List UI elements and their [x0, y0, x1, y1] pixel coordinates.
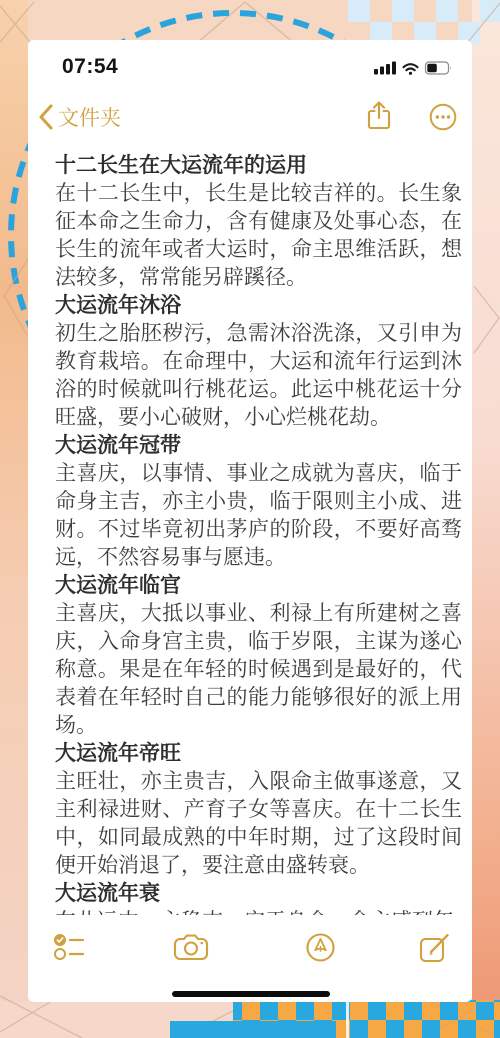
cellular-signal-icon	[374, 62, 396, 75]
battery-icon	[426, 62, 451, 74]
note-section: 大运流年冠带 主喜庆，以事情、事业之成就为喜庆，临于命身主吉，亦主小贵，临于限则…	[55, 432, 462, 572]
status-bar-time: 07:54	[62, 55, 118, 79]
more-options-button[interactable]	[428, 102, 458, 137]
section-heading: 十二长生在大运流年的运用	[55, 152, 462, 180]
section-heading: 大运流年临官	[55, 572, 462, 600]
note-section: 大运流年临官 主喜庆，大抵以事业、利禄上有所建树之喜庆，入命身宫主贵，临于岁限，…	[55, 572, 462, 740]
section-heading: 大运流年帝旺	[55, 740, 462, 768]
chevron-left-icon	[38, 104, 53, 130]
note-section: 大运流年沐浴 初生之胎胚秽污，急需沐浴洗涤，又引申为教育栽培。在命理中，大运和流…	[55, 292, 462, 432]
blue-bar-bottom	[170, 1021, 336, 1038]
more-circle-icon	[428, 102, 458, 132]
section-body: 在十二长生中，长生是比较吉祥的。长生象征本命之生命力，含有健康及处事心态，在长生…	[55, 180, 462, 292]
status-bar-icons	[374, 59, 452, 82]
note-section: 大运流年衰 在此运中，主稳吉，安于身命，命主感到年	[55, 880, 462, 915]
section-heading: 大运流年衰	[55, 880, 462, 908]
checklist-button[interactable]	[52, 932, 88, 967]
camera-button[interactable]	[173, 932, 209, 967]
back-to-folders-button[interactable]: 文件夹	[38, 102, 121, 132]
section-heading: 大运流年冠带	[55, 432, 462, 460]
compose-button[interactable]	[419, 932, 452, 968]
checklist-icon	[52, 932, 88, 962]
section-body: 初生之胎胚秽污，急需沐浴洗涤，又引申为教育栽培。在命理中，大运和流年行运到沐浴的…	[55, 320, 462, 432]
compose-icon	[419, 932, 452, 963]
share-icon	[366, 100, 392, 131]
section-body: 在此运中，主稳吉，安于身命，命主感到年	[55, 908, 462, 915]
share-button[interactable]	[366, 100, 392, 136]
screenshot-root: 07:54	[0, 0, 500, 1038]
notes-toolbar	[28, 928, 472, 970]
section-body: 主喜庆，大抵以事业、利禄上有所建树之喜庆，入命身宫主贵，临于岁限，主谋为遂心称意…	[55, 600, 462, 740]
back-button-label: 文件夹	[58, 102, 121, 132]
markup-button[interactable]	[305, 932, 336, 968]
section-body: 主喜庆，以事情、事业之成就为喜庆，临于命身主吉，亦主小贵，临于限则主小成、进财。…	[55, 460, 462, 572]
section-body: 主旺壮，亦主贵吉，入限命主做事遂意，又主利禄进财、产育子女等喜庆。在十二长生中，…	[55, 768, 462, 880]
camera-icon	[173, 932, 209, 962]
nav-bar: 文件夹	[28, 100, 472, 134]
home-indicator[interactable]	[172, 991, 330, 997]
frame-gap-line	[346, 1000, 349, 1038]
notes-app-screen: 07:54	[28, 40, 472, 1002]
note-editor-content[interactable]: 十二长生在大运流年的运用 在十二长生中，长生是比较吉祥的。长生象征本命之生命力，…	[55, 152, 462, 915]
markup-icon	[305, 932, 336, 963]
section-heading: 大运流年沐浴	[55, 292, 462, 320]
note-section: 十二长生在大运流年的运用 在十二长生中，长生是比较吉祥的。长生象征本命之生命力，…	[55, 152, 462, 292]
note-section: 大运流年帝旺 主旺壮，亦主贵吉，入限命主做事遂意，又主利禄进财、产育子女等喜庆。…	[55, 740, 462, 880]
wifi-icon	[404, 64, 418, 75]
